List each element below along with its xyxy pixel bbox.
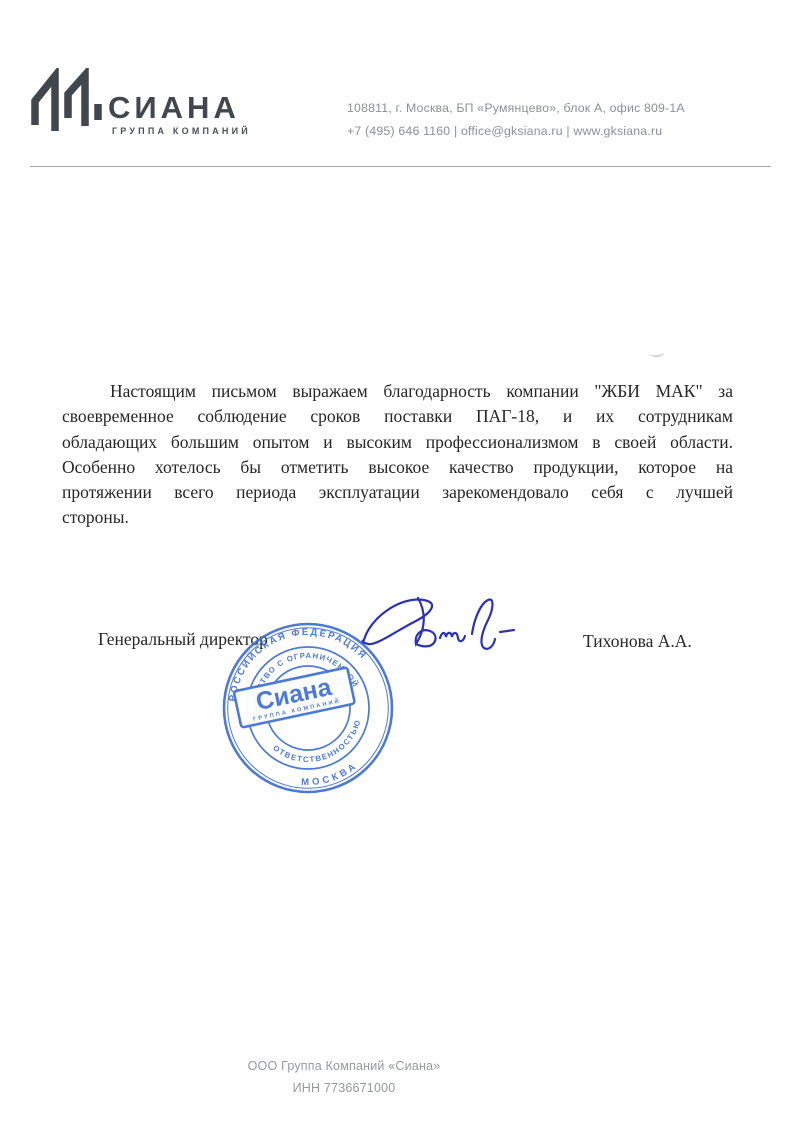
header-divider (30, 166, 771, 167)
footer-inn: ИНН 7736671000 (144, 1077, 544, 1099)
letter-page: СИАНА ГРУППА КОМПАНИЙ 108811, г. Москва,… (0, 0, 800, 1133)
body-line: обладающих большим опытом и высоким проф… (62, 430, 733, 455)
header-contact-block: 108811, г. Москва, БП «Румянцево», блок … (347, 97, 747, 143)
stamp-center-banner: Сиана ГРУППА КОМПАНИЙ (234, 667, 355, 727)
handwritten-signature (352, 588, 518, 670)
footer-company: ООО Группа Компаний «Сиана» (144, 1055, 544, 1077)
body-line: Настоящим письмом выражаем благодарность… (62, 379, 733, 404)
header-phone-email-site: +7 (495) 646 1160 | office@gksiana.ru | … (347, 120, 747, 143)
body-line: Особенно хотелось бы отметить высокое ка… (62, 455, 733, 480)
scan-artifact-mark (650, 349, 665, 358)
buildings-logo-icon (30, 68, 108, 142)
body-line: стороны. (62, 505, 733, 530)
body-line: своевременное соблюдение сроков поставки… (62, 404, 733, 429)
header-address: 108811, г. Москва, БП «Румянцево», блок … (347, 97, 747, 120)
footer-block: ООО Группа Компаний «Сиана» ИНН 77366710… (144, 1055, 544, 1099)
company-logo-name: СИАНА (108, 90, 240, 126)
company-logo-subtitle: ГРУППА КОМПАНИЙ (112, 126, 251, 136)
body-line: протяжении всего периода эксплуатации за… (62, 480, 733, 505)
letter-body: Настоящим письмом выражаем благодарность… (62, 379, 733, 531)
signer-name: Тихонова А.А. (583, 631, 692, 652)
